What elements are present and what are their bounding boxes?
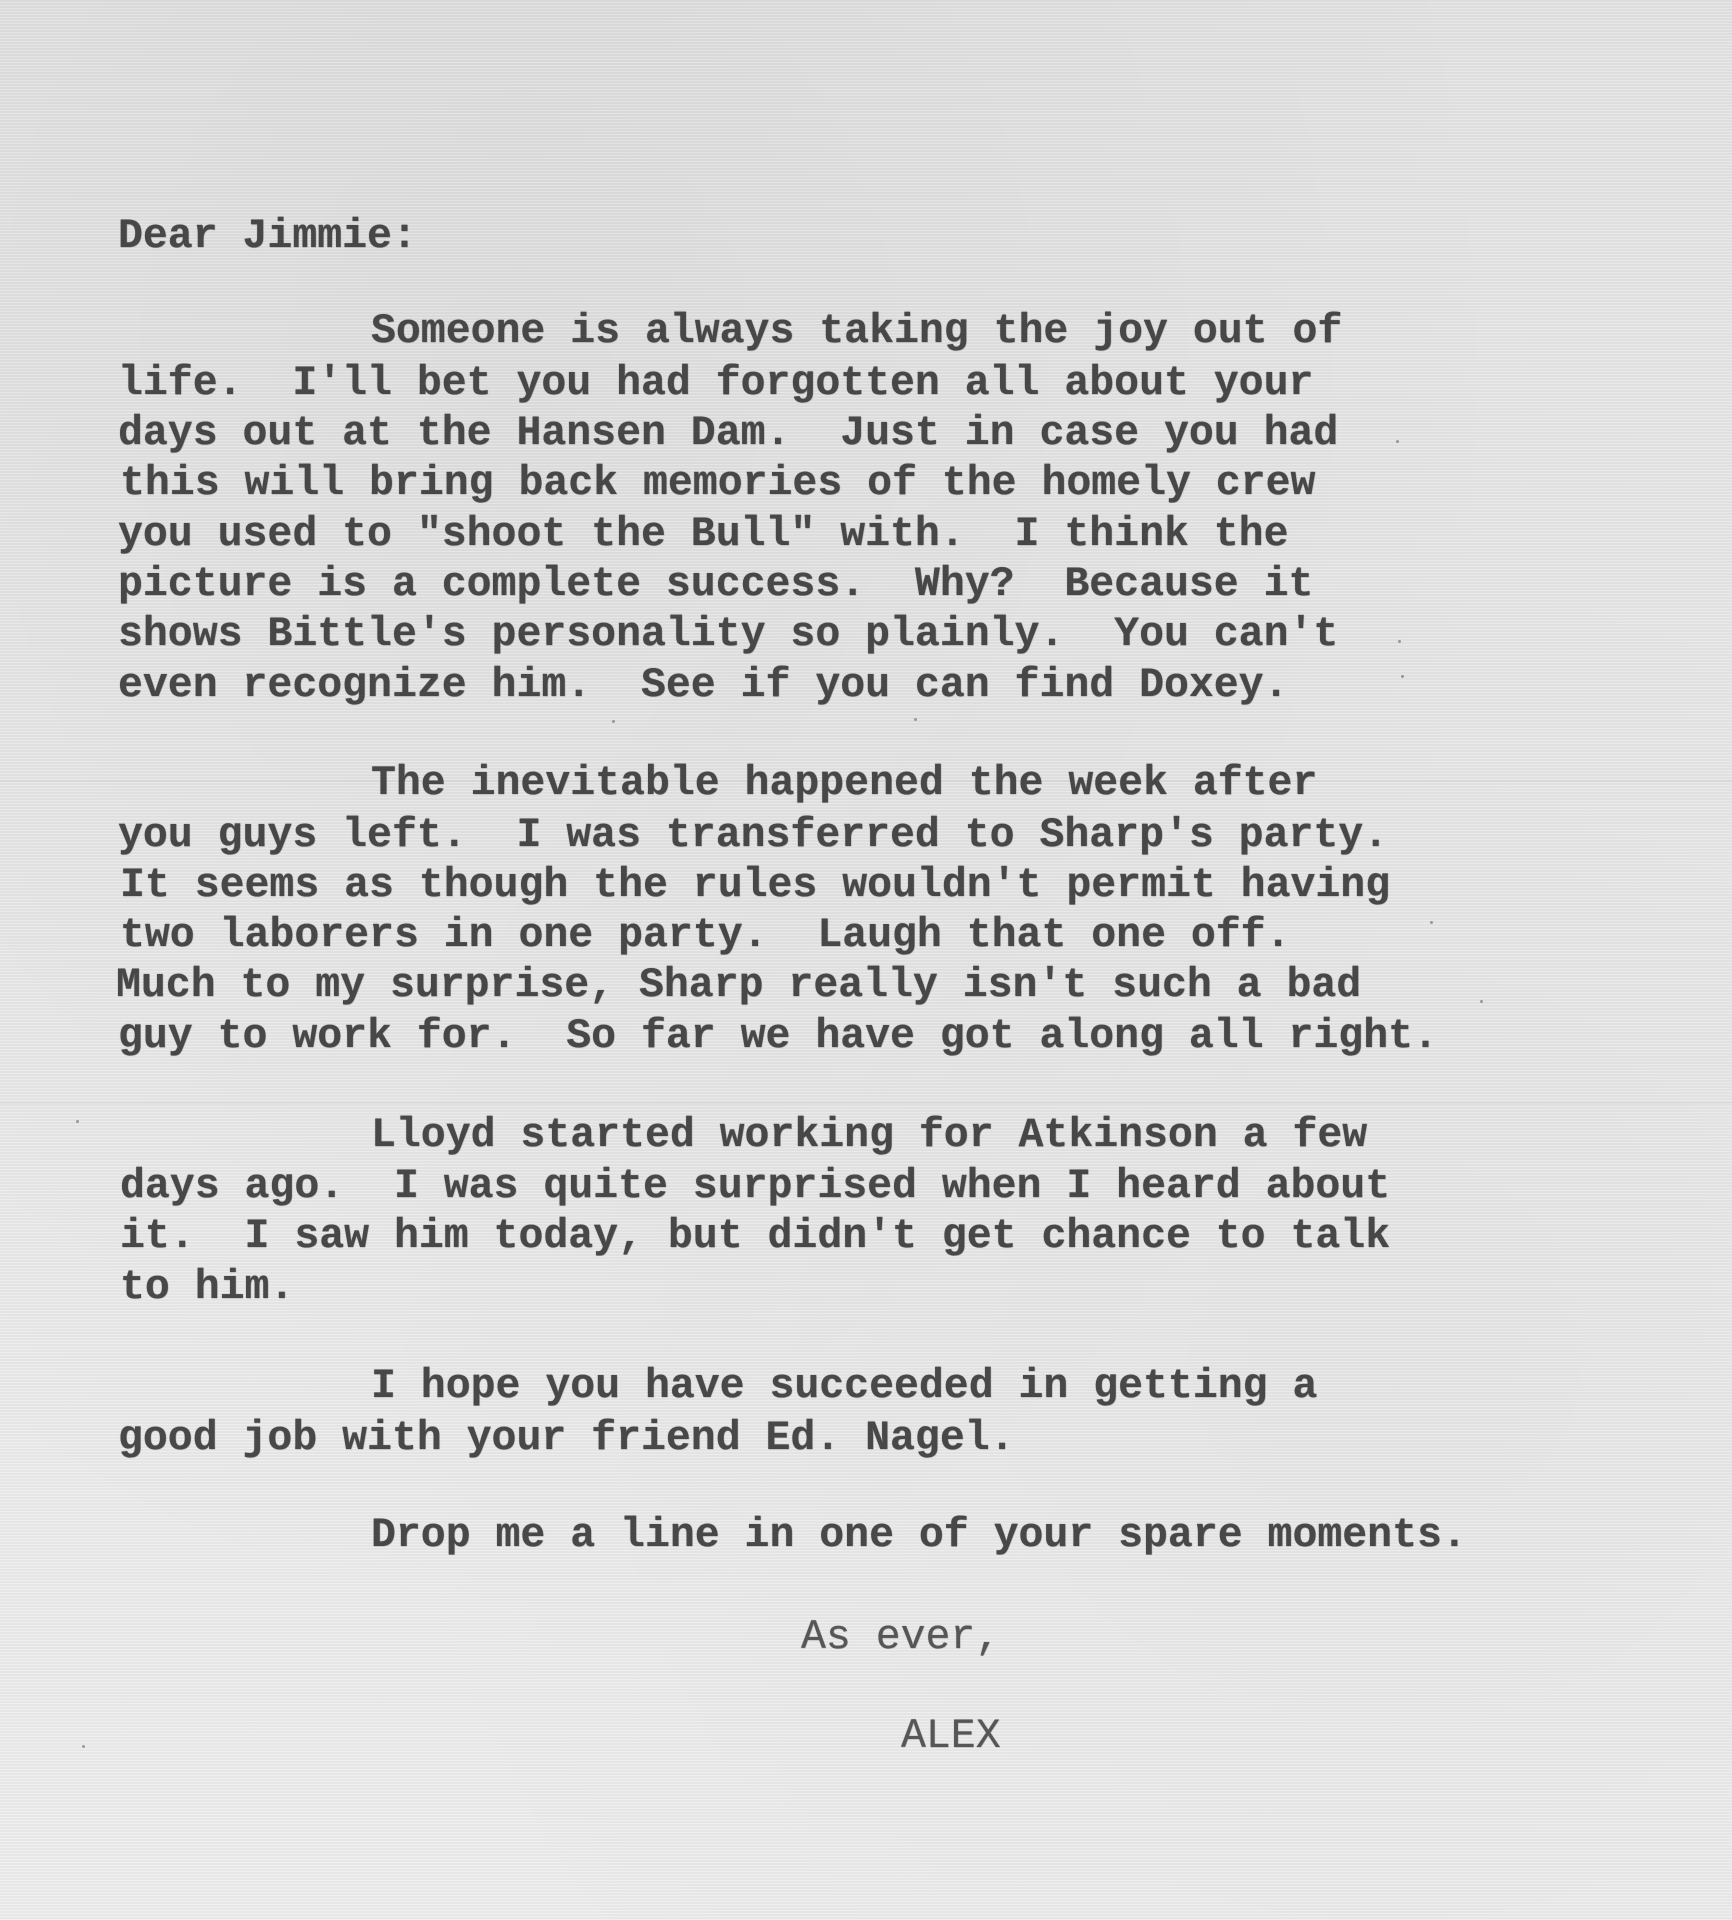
paper-speck: [1396, 440, 1399, 443]
text-line: you guys left. I was transferred to Shar…: [118, 811, 1388, 861]
text-line: two laborers in one party. Laugh that on…: [120, 911, 1291, 961]
paper-speck: [1480, 1000, 1483, 1003]
paper-speck: [76, 1120, 79, 1123]
text-line: even recognize him. See if you can find …: [118, 661, 1289, 711]
paper-fold-line: [0, 1102, 1732, 1104]
text-line: this will bring back memories of the hom…: [120, 459, 1315, 509]
text-line: life. I'll bet you had forgotten all abo…: [118, 359, 1313, 409]
salutation: Dear Jimmie:: [118, 212, 417, 262]
paper-speck: [1401, 675, 1404, 678]
text-line: Lloyd started working for Atkinson a few: [371, 1111, 1367, 1161]
closing: As ever,: [801, 1613, 1000, 1663]
text-line: I hope you have succeeded in getting a: [371, 1362, 1317, 1412]
text-line: days out at the Hansen Dam. Just in case…: [118, 409, 1338, 459]
paper-speck: [82, 1745, 85, 1748]
text-line: The inevitable happened the week after: [371, 759, 1317, 809]
text-line: shows Bittle's personality so plainly. Y…: [118, 610, 1338, 660]
text-line: days ago. I was quite surprised when I h…: [120, 1162, 1390, 1212]
text-line: to him.: [120, 1263, 294, 1313]
text-line: Someone is always taking the joy out of: [371, 307, 1342, 357]
paper-speck: [1430, 921, 1433, 924]
text-line: Much to my surprise, Sharp really isn't …: [116, 961, 1361, 1011]
text-line: picture is a complete success. Why? Beca…: [118, 560, 1313, 610]
signature: ALEX: [901, 1712, 1001, 1762]
text-line: Drop me a line in one of your spare mome…: [371, 1511, 1467, 1561]
letter-page: Dear Jimmie: Someone is always taking th…: [0, 0, 1732, 1920]
text-line: It seems as though the rules wouldn't pe…: [120, 861, 1390, 911]
text-line: it. I saw him today, but didn't get chan…: [120, 1212, 1390, 1262]
paper-speck: [914, 718, 917, 721]
text-line: guy to work for. So far we have got alon…: [118, 1012, 1438, 1062]
paper-speck: [1398, 640, 1401, 643]
paper-speck: [612, 720, 615, 723]
text-line: you used to "shoot the Bull" with. I thi…: [118, 510, 1289, 560]
text-line: good job with your friend Ed. Nagel.: [118, 1414, 1015, 1464]
